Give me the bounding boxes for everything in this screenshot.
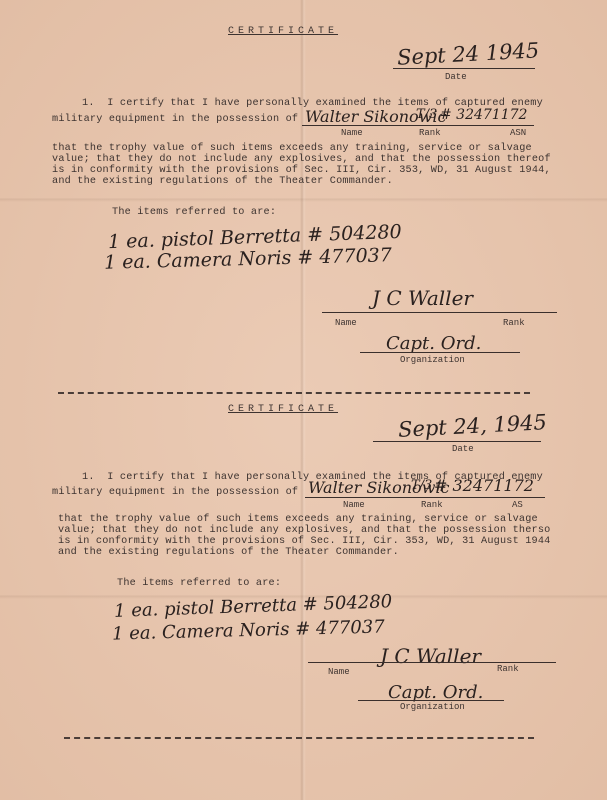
paragraph-line-5: is in conformity with the provisions of … <box>52 165 551 176</box>
paragraph-line-6: and the existing regulations of the Thea… <box>52 176 393 187</box>
signer-signature: J C Waller <box>372 286 473 310</box>
items-intro: The items referred to are: <box>112 207 276 218</box>
cut-line-divider <box>64 737 534 739</box>
certificate-title: CERTIFICATE <box>228 26 338 37</box>
date-line <box>373 441 541 442</box>
paragraph-line-3: that the trophy value of such items exce… <box>52 143 532 154</box>
possessor-asn: # 32471172 <box>440 107 527 123</box>
signer-org-label: Organization <box>400 702 465 712</box>
signer-rank-label: Rank <box>503 318 525 328</box>
cut-line-divider <box>58 392 530 394</box>
possessor-rank: T/3 <box>411 478 432 493</box>
signer-name-line <box>322 312 557 313</box>
paragraph-line-3: that the trophy value of such items exce… <box>58 514 538 525</box>
signer-org-line <box>358 700 504 701</box>
signer-name-label: Name <box>328 667 350 677</box>
date-line <box>393 68 535 69</box>
date-handwritten: Sept 24, 1945 <box>397 410 547 442</box>
item-2: 1 ea. Camera Noris # 477037 <box>112 616 385 644</box>
possessor-asn: # 32471172 <box>434 476 534 495</box>
paragraph-line-5: is in conformity with the provisions of … <box>58 536 550 547</box>
name-label: Name <box>343 500 365 510</box>
signer-organization: Capt. Ord. <box>386 333 481 354</box>
paragraph-line-2: military equipment in the possession of <box>52 487 298 498</box>
rank-label: Rank <box>421 500 443 510</box>
asn-label: ASN <box>510 128 526 138</box>
asn-label: AS <box>512 500 523 510</box>
date-label: Date <box>452 444 474 454</box>
paragraph-line-6: and the existing regulations of the Thea… <box>58 547 399 558</box>
name-label: Name <box>341 128 363 138</box>
possessor-line <box>305 497 545 498</box>
possessor-line <box>302 125 534 126</box>
signer-name-label: Name <box>335 318 357 328</box>
date-label: Date <box>445 72 467 82</box>
items-intro: The items referred to are: <box>117 578 281 589</box>
signer-name-line <box>308 662 556 663</box>
rank-label: Rank <box>419 128 441 138</box>
possessor-rank: T/3 <box>416 107 437 122</box>
signer-org-label: Organization <box>400 355 465 365</box>
signer-signature: J C Waller <box>380 644 481 668</box>
paragraph-line-4: value; that they do not include any expl… <box>58 525 550 536</box>
signer-rank-label: Rank <box>497 664 519 674</box>
signer-org-line <box>360 352 520 353</box>
paragraph-line-4: value; that they do not include any expl… <box>52 154 551 165</box>
paragraph-line-2: military equipment in the possession of <box>52 114 298 125</box>
date-handwritten: Sept 24 1945 <box>396 38 539 69</box>
certificate-title: CERTIFICATE <box>228 404 338 415</box>
